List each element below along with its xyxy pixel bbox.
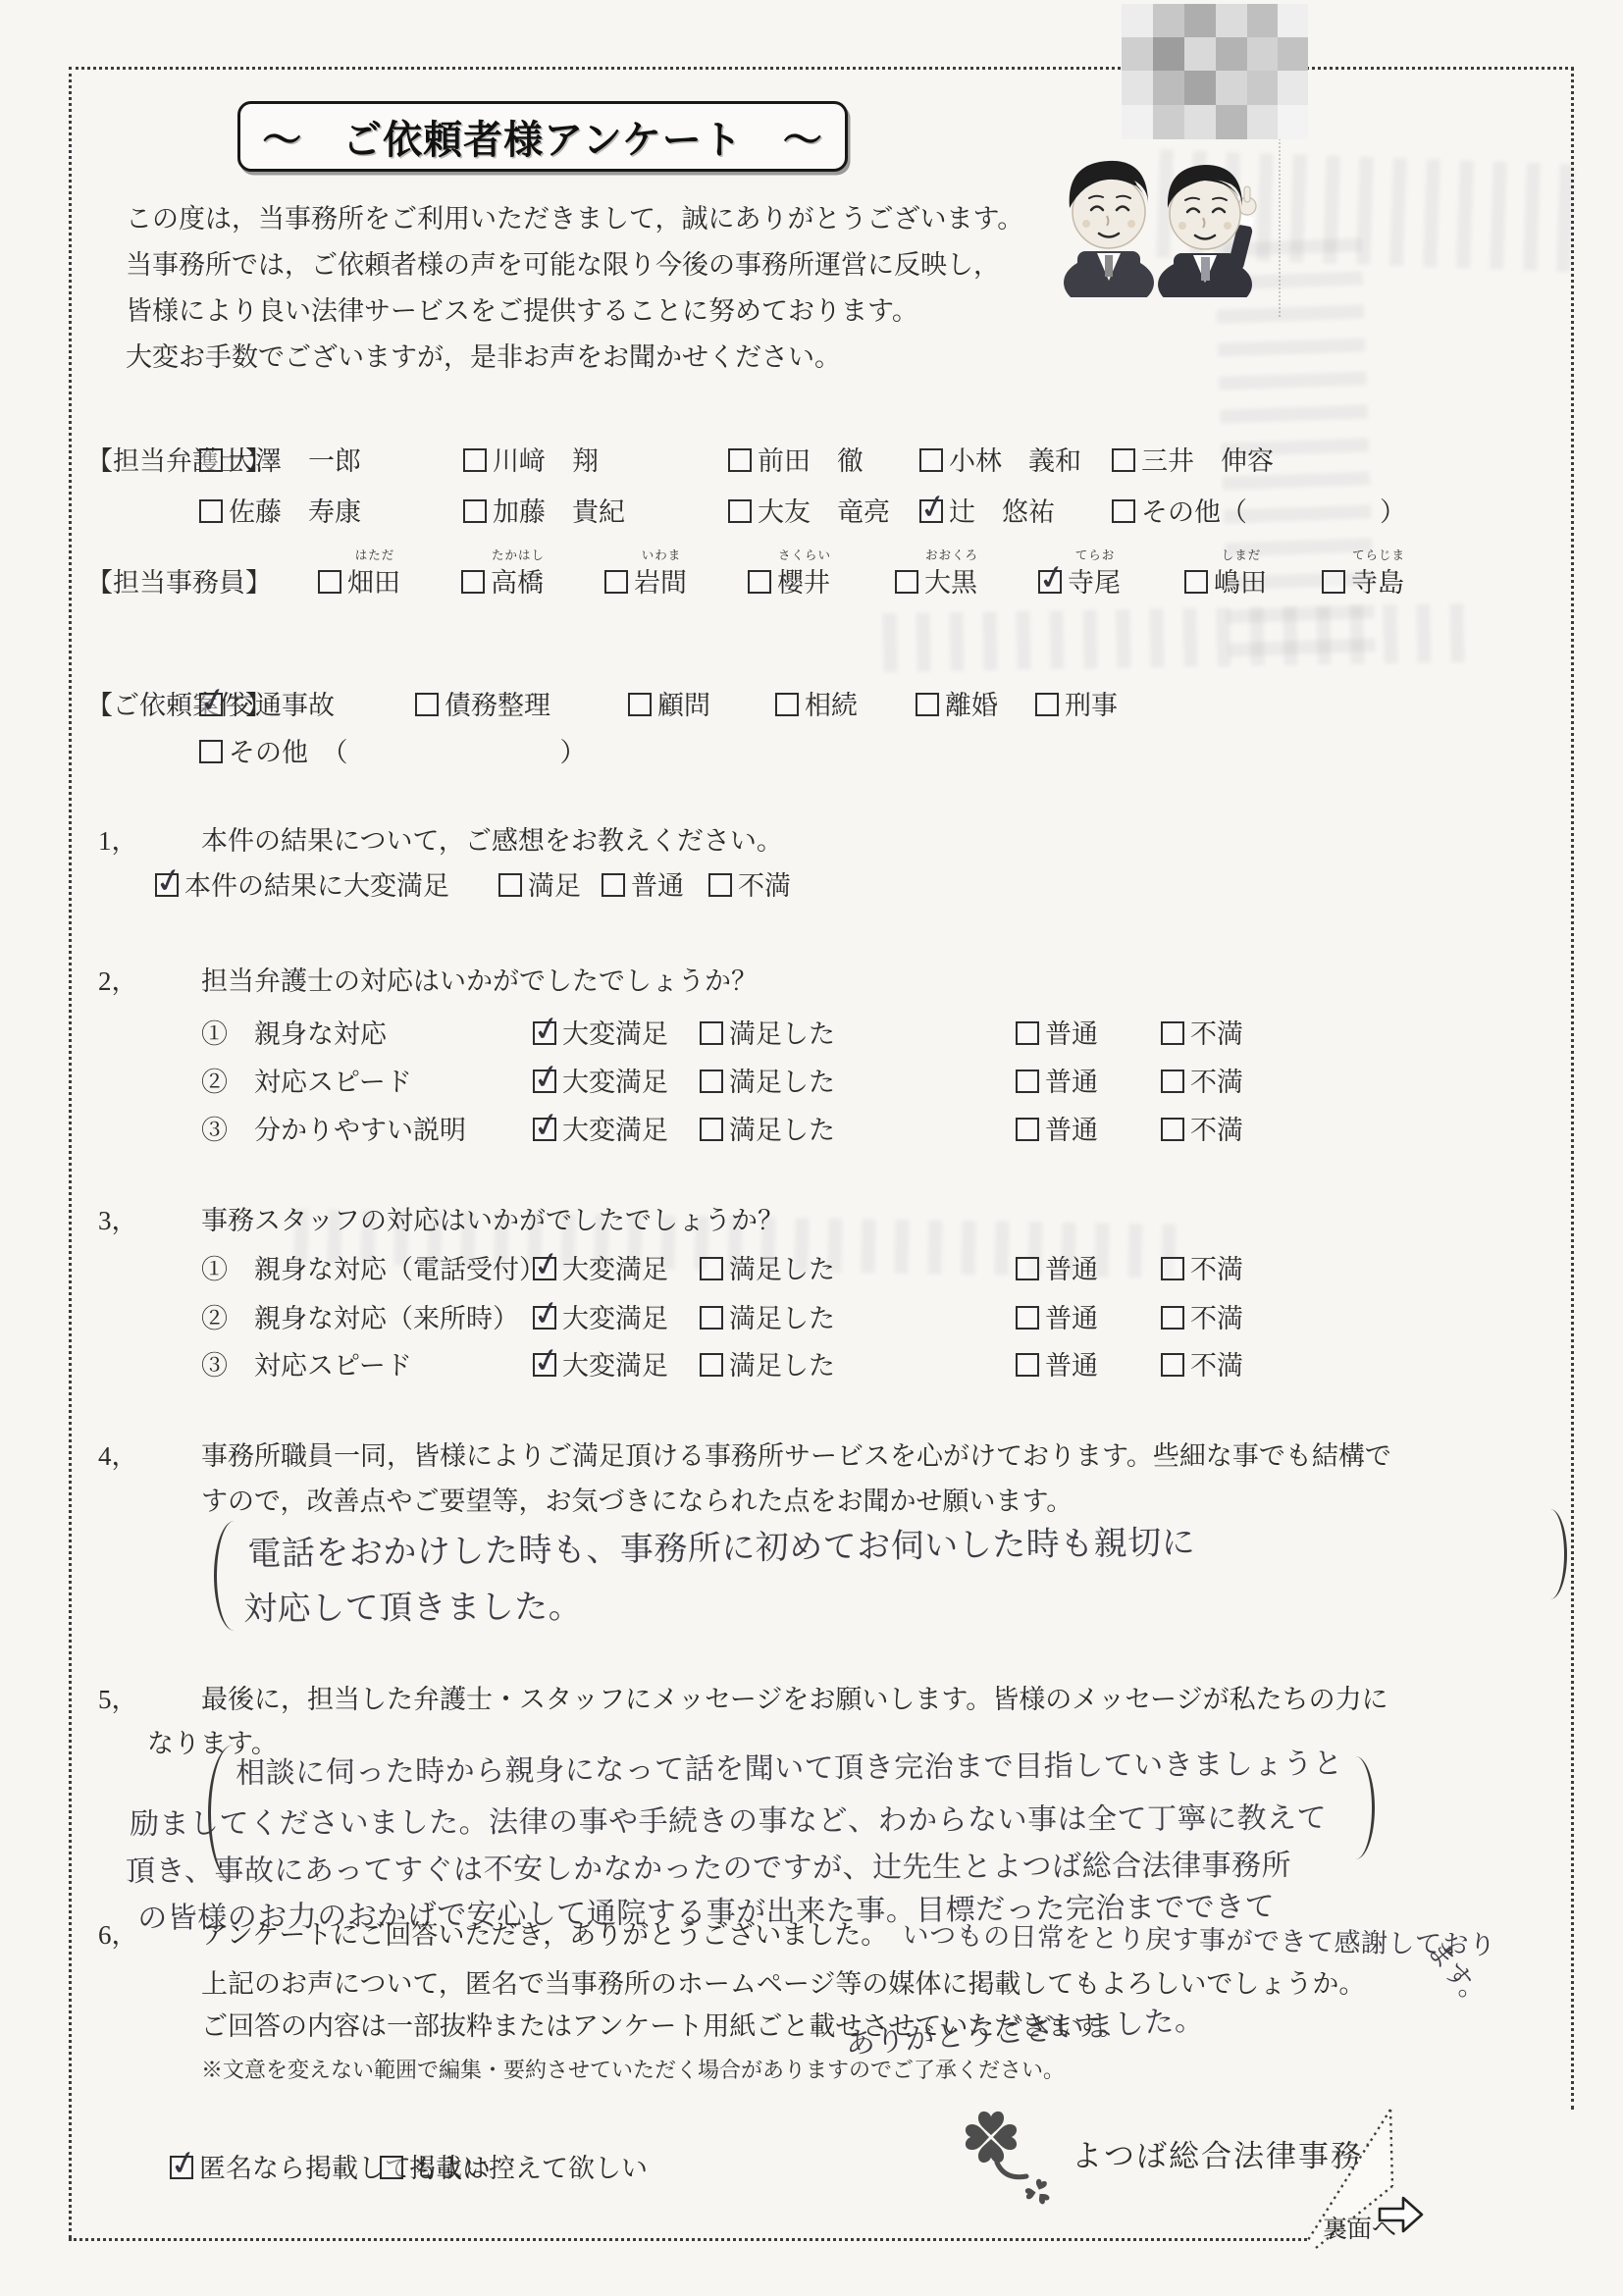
rating-label: 大変満足 — [562, 1019, 668, 1049]
question-text: 本件の結果について，ご感想をお教えください。 — [201, 819, 783, 858]
q3-row3-options: 大変満足満足した普通不満 — [533, 1344, 1416, 1389]
rating-row-label: ③ 分かりやすい説明 — [201, 1109, 466, 1147]
staff-name: 櫻井 — [777, 568, 830, 598]
checkbox[interactable] — [1161, 1021, 1184, 1045]
rating-option: 普通 — [1016, 1248, 1098, 1286]
rating-option: 普通 — [1016, 1061, 1098, 1099]
rating-option: 満足 — [498, 864, 581, 903]
staff-section-label: 【担当事務員】 — [86, 561, 272, 600]
intro-line: 当事務所では，ご依頼者様の声を可能な限り今後の事務所運営に反映し， — [126, 242, 1023, 288]
attorney-name: 佐藤 寿康 — [229, 497, 361, 527]
question-number: 3， — [98, 1199, 138, 1237]
question-3: 3， 事務スタッフの対応はいかがでしたでしょうか？ ① 親身な対応（電話受付） … — [0, 1199, 1623, 1395]
checkbox[interactable] — [415, 693, 439, 716]
bleed-through-line — [1279, 135, 1281, 317]
checkbox[interactable] — [700, 1306, 723, 1330]
q1-options: 本件の結果に大変満足 満足 普通 不満 — [155, 864, 1234, 910]
rating-label: 満足した — [729, 1304, 835, 1333]
attorney-name: 小林 義和 — [949, 446, 1081, 476]
question-text: すので，改善点やご要望等，お気づきになられた点をお聞かせ願います。 — [201, 1480, 1073, 1518]
attorney-row-1: 大澤 一郎 川﨑 翔 前田 徹 小林 義和 三井 伸容 — [199, 440, 1573, 485]
staff-option: てらじま寺島 — [1322, 561, 1404, 600]
rating-label: 本件の結果に大変満足 — [184, 871, 449, 901]
checkbox[interactable] — [1112, 499, 1135, 523]
rating-option: 不満 — [1161, 1248, 1243, 1286]
rating-option: 普通 — [1016, 1013, 1098, 1051]
question-5: 5， 最後に，担当した弁護士・スタッフにメッセージをお願いします。皆様のメッセー… — [0, 1678, 1623, 1953]
question-2: 2， 担当弁護士の対応はいかがでしたでしょうか？ ① 親身な対応 大変満足満足し… — [0, 960, 1623, 1156]
staff-name: 寺尾 — [1068, 568, 1121, 598]
rating-label: 不満 — [1190, 1351, 1243, 1381]
rating-option: 不満 — [708, 864, 791, 903]
attorney-name: その他（ ） — [1141, 497, 1406, 527]
attorney-name: 三井 伸容 — [1141, 446, 1274, 476]
handwritten-answer: 励ましてくださいました。法律の事や手続きの事など、わからない事は全て丁寧に教えて — [130, 1794, 1327, 1843]
checkbox[interactable] — [533, 1118, 556, 1141]
case-type-label: 相続 — [805, 691, 858, 720]
rating-row-label: ① 親身な対応（電話受付） — [201, 1248, 546, 1286]
form-border-bottom — [69, 2238, 1307, 2241]
form-title-box: ～ ご依頼者様アンケート ～ — [237, 101, 848, 172]
staff-row: はただ畑田 たかはし高橋 いわま岩間 さくらい櫻井 おおくろ大黒 てらお寺尾 し… — [318, 561, 1594, 606]
question-text: 事務所職員一同，皆様によりご満足頂ける事務所サービスを心がけております。些細な事… — [201, 1435, 1391, 1473]
rating-label: 普通 — [1045, 1304, 1098, 1333]
checkbox[interactable] — [604, 570, 628, 594]
q2-row2-options: 大変満足満足した普通不満 — [533, 1061, 1416, 1106]
rating-option: 満足した — [700, 1109, 835, 1147]
checkbox[interactable] — [533, 1257, 556, 1280]
checkbox[interactable] — [1161, 1070, 1184, 1093]
case-type-option: 交通事故 — [199, 684, 335, 722]
checkbox[interactable] — [199, 740, 223, 763]
handwritten-answer: 電話をおかけした時も、事務所に初めてお伺いした時も親切に — [247, 1515, 1196, 1575]
checkbox[interactable] — [700, 1118, 723, 1141]
checkbox[interactable] — [1161, 1257, 1184, 1280]
staff-furigana: てらじま — [1351, 546, 1406, 563]
attorney-option: 加藤 貴紀 — [463, 491, 625, 529]
rating-label: 満足した — [729, 1351, 835, 1381]
checkbox[interactable] — [533, 1021, 556, 1045]
question-number: 6， — [98, 1913, 138, 1952]
rating-option: 大変満足 — [533, 1061, 668, 1099]
case-type-option: その他 （ ） — [199, 731, 587, 769]
case-type-label: 債務整理 — [445, 691, 550, 720]
answer-close-paren — [1346, 1756, 1375, 1859]
staff-option: てらお寺尾 — [1038, 561, 1121, 600]
checkbox[interactable] — [775, 693, 799, 716]
rating-label: 満足した — [729, 1019, 835, 1049]
rating-label: 普通 — [1045, 1255, 1098, 1284]
case-type-label: 交通事故 — [229, 691, 335, 720]
staff-name: 嶋田 — [1214, 568, 1267, 598]
rating-label: 満足した — [729, 1255, 835, 1284]
checkbox[interactable] — [533, 1353, 556, 1377]
answer-open-paren — [214, 1521, 242, 1631]
case-type-label: 刑事 — [1065, 691, 1118, 720]
rating-row-label: ③ 対応スピード — [201, 1344, 412, 1383]
attorney-option: 大友 竜亮 — [728, 491, 890, 529]
checkbox[interactable] — [919, 448, 943, 472]
rating-option: 不満 — [1161, 1297, 1243, 1335]
checkbox[interactable] — [1112, 448, 1135, 472]
rating-option: 大変満足 — [533, 1344, 668, 1383]
attorney-row-2: 佐藤 寿康 加藤 貴紀 大友 竜亮 辻 悠祐 その他（ ） — [199, 491, 1573, 536]
rating-label: 普通 — [1045, 1116, 1098, 1145]
handwritten-answer: 相談に伺った時から親身になって話を聞いて頂き完治まで目指していきましょうと — [236, 1739, 1343, 1792]
question-note: ※文意を変えない範囲で編集・要約させていただく場合がありますのでご了承ください。 — [201, 2054, 1065, 2084]
rating-label: 普通 — [1045, 1068, 1098, 1097]
rating-label: 不満 — [1190, 1019, 1243, 1049]
case-type-option: 刑事 — [1035, 684, 1118, 722]
checkbox[interactable] — [533, 1306, 556, 1330]
rating-option: 普通 — [1016, 1109, 1098, 1147]
checkbox[interactable] — [628, 693, 652, 716]
case-type-option: 相続 — [775, 684, 858, 722]
consent-row: 匿名なら掲載してもよい 掲載は控えて欲しい — [170, 2147, 857, 2192]
attorney-name: 大友 竜亮 — [758, 497, 890, 527]
rating-label: 普通 — [1045, 1351, 1098, 1381]
checkbox[interactable] — [602, 873, 625, 897]
question-6: 6， アンケートにご回答いただき，ありがとうございました。 いつもの日常をとり戻… — [0, 1913, 1623, 2090]
checkbox[interactable] — [1161, 1118, 1184, 1141]
staff-furigana: さくらい — [777, 546, 832, 563]
staff-name: 大黒 — [924, 568, 977, 598]
checkbox[interactable] — [700, 1070, 723, 1093]
rating-option: 普通 — [1016, 1297, 1098, 1335]
checkbox[interactable] — [728, 499, 752, 523]
rating-label: 満足した — [729, 1116, 835, 1145]
attorney-name: 前田 徹 — [758, 446, 864, 476]
rating-option: 大変満足 — [533, 1013, 668, 1051]
handwritten-answer-overflow: いつもの日常をとり戻す事ができて感謝しており — [902, 1913, 1496, 1962]
rating-option: 大変満足 — [533, 1248, 668, 1286]
rating-label: 不満 — [1190, 1068, 1243, 1097]
case-type-row-2: その他 （ ） — [199, 731, 984, 776]
checkbox[interactable] — [199, 499, 223, 523]
checkbox[interactable] — [199, 448, 223, 472]
rating-label: 普通 — [1045, 1019, 1098, 1049]
staff-furigana: たかはし — [491, 546, 546, 563]
question-text: 事務スタッフの対応はいかがでしたでしょうか？ — [201, 1199, 784, 1237]
rating-option: 満足した — [700, 1013, 835, 1051]
staff-furigana: いわま — [634, 546, 689, 563]
staff-option: いわま岩間 — [604, 561, 687, 600]
rating-row-label: ② 対応スピード — [201, 1061, 412, 1099]
q3-row2-options: 大変満足満足した普通不満 — [533, 1297, 1416, 1342]
checkbox[interactable] — [463, 499, 487, 523]
case-type-option: 債務整理 — [415, 684, 550, 722]
checkbox[interactable] — [708, 873, 732, 897]
rating-option: 普通 — [1016, 1344, 1098, 1383]
staff-name: 畑田 — [347, 568, 400, 598]
staff-option: しまだ嶋田 — [1184, 561, 1267, 600]
checkbox[interactable] — [700, 1353, 723, 1377]
checkbox[interactable] — [728, 448, 752, 472]
rating-label: 不満 — [1190, 1255, 1243, 1284]
consent-option: 掲載は控えて欲しい — [380, 2147, 648, 2185]
consent-label: 掲載は控えて欲しい — [409, 2154, 648, 2183]
checkbox[interactable] — [1161, 1353, 1184, 1377]
rating-label: 大変満足 — [562, 1255, 668, 1284]
two-lawyers-illustration — [1038, 106, 1279, 302]
question-number: 4， — [98, 1435, 138, 1473]
checkbox[interactable] — [1161, 1306, 1184, 1330]
checkbox[interactable] — [1184, 570, 1208, 594]
rating-option: 不満 — [1161, 1344, 1243, 1383]
answer-close-paren — [1539, 1509, 1567, 1599]
attorney-name: 加藤 貴紀 — [493, 497, 625, 527]
checkbox[interactable] — [1016, 1070, 1039, 1093]
staff-option: はただ畑田 — [318, 561, 400, 600]
rating-option: 大変満足 — [533, 1109, 668, 1147]
checkbox[interactable] — [155, 873, 179, 897]
case-type-label: その他 （ ） — [229, 738, 587, 767]
question-number: 5， — [98, 1678, 138, 1716]
bleed-through-smudge — [883, 603, 1473, 672]
rating-label: 大変満足 — [562, 1304, 668, 1333]
rating-label: 満足 — [528, 871, 581, 901]
staff-option: たかはし高橋 — [461, 561, 544, 600]
attorney-option: 大澤 一郎 — [199, 440, 361, 478]
intro-paragraph: この度は，当事務所をご利用いただきまして，誠にありがとうございます。 当事務所で… — [126, 196, 1023, 381]
attorney-name: 川﨑 翔 — [493, 446, 599, 476]
attorney-name: 大澤 一郎 — [229, 446, 361, 476]
staff-name: 高橋 — [491, 568, 544, 598]
rating-option: 満足した — [700, 1344, 835, 1383]
checkbox[interactable] — [1038, 570, 1062, 594]
checkbox[interactable] — [700, 1021, 723, 1045]
rating-row-label: ① 親身な対応 — [201, 1013, 387, 1051]
rating-label: 不満 — [738, 871, 791, 901]
checkbox[interactable] — [1016, 1306, 1039, 1330]
attorney-option: 三井 伸容 — [1112, 440, 1274, 478]
checkbox[interactable] — [498, 873, 522, 897]
rating-label: 大変満足 — [562, 1116, 668, 1145]
question-number: 2， — [98, 960, 138, 998]
attorney-option: 川﨑 翔 — [463, 440, 599, 478]
checkbox[interactable] — [318, 570, 341, 594]
rating-option: 満足した — [700, 1297, 835, 1335]
staff-name: 寺島 — [1351, 568, 1404, 598]
rating-label: 不満 — [1190, 1116, 1243, 1145]
attorney-option: 小林 義和 — [919, 440, 1081, 478]
question-text: 最後に，担当した弁護士・スタッフにメッセージをお願いします。皆様のメッセージが私… — [201, 1678, 1388, 1716]
checkbox[interactable] — [533, 1070, 556, 1093]
checkbox[interactable] — [380, 2156, 403, 2179]
intro-line: 皆様により良い法律サービスをご提供することに努めております。 — [126, 288, 1023, 335]
attorney-option: 佐藤 寿康 — [199, 491, 361, 529]
back-page-arrow-icon — [1378, 2194, 1425, 2240]
rating-label: 大変満足 — [562, 1351, 668, 1381]
checkbox[interactable] — [461, 570, 485, 594]
rating-option: 大変満足 — [533, 1297, 668, 1335]
question-text: 担当弁護士の対応はいかがでしたでしょうか？ — [201, 960, 758, 998]
checkbox[interactable] — [463, 448, 487, 472]
rating-label: 満足した — [729, 1068, 835, 1097]
checkbox[interactable] — [895, 570, 918, 594]
intro-line: 大変お手数でございますが，是非お声をお聞かせください。 — [126, 335, 1023, 381]
checkbox[interactable] — [1035, 693, 1059, 716]
checkbox[interactable] — [1016, 1353, 1039, 1377]
intro-line: この度は，当事務所をご利用いただきまして，誠にありがとうございます。 — [126, 196, 1023, 242]
attorney-option: 前田 徹 — [728, 440, 864, 478]
case-type-label: 離婚 — [945, 691, 998, 720]
staff-furigana: おおくろ — [924, 546, 979, 563]
handwritten-answer: 対応して頂きました。 — [243, 1580, 582, 1630]
case-type-label: 顧問 — [657, 691, 710, 720]
handwritten-answer: 頂き、事故にあってすぐは不安しかなかったのですが、辻先生とよつば総合法律事務所 — [126, 1841, 1291, 1890]
q3-row1-options: 大変満足満足した普通不満 — [533, 1248, 1416, 1293]
staff-option: さくらい櫻井 — [748, 561, 830, 600]
question-4: 4， 事務所職員一同，皆様によりご満足頂ける事務所サービスを心がけております。些… — [0, 1435, 1623, 1650]
rating-option: 満足した — [700, 1248, 835, 1286]
case-type-row-1: 交通事故 債務整理 顧問 相続 離婚 刑事 — [199, 684, 1573, 729]
rating-row-label: ② 親身な対応（来所時） — [201, 1297, 519, 1335]
checkbox[interactable] — [1016, 1021, 1039, 1045]
form-title: ～ ご依頼者様アンケート ～ — [262, 109, 823, 165]
staff-furigana: はただ — [347, 546, 402, 563]
checkbox[interactable] — [919, 499, 943, 523]
staff-option: おおくろ大黒 — [895, 561, 977, 600]
attorney-option: その他（ ） — [1112, 491, 1406, 529]
rating-option: 満足した — [700, 1061, 835, 1099]
checkbox[interactable] — [1016, 1118, 1039, 1141]
checkbox[interactable] — [916, 693, 939, 716]
checkbox[interactable] — [1016, 1257, 1039, 1280]
rating-label: 大変満足 — [562, 1068, 668, 1097]
rating-option: 普通 — [602, 864, 684, 903]
checkbox[interactable] — [199, 693, 223, 716]
staff-name: 岩間 — [634, 568, 687, 598]
question-1: 1， 本件の結果について，ご感想をお教えください。 本件の結果に大変満足 満足 … — [0, 819, 1623, 927]
question-number: 1， — [98, 819, 138, 858]
q2-row3-options: 大変満足満足した普通不満 — [533, 1109, 1416, 1154]
attorney-option: 辻 悠祐 — [919, 491, 1055, 529]
rating-option: 本件の結果に大変満足 — [155, 864, 449, 903]
case-type-option: 離婚 — [916, 684, 998, 722]
rating-label: 普通 — [631, 871, 684, 901]
q2-row1-options: 大変満足満足した普通不満 — [533, 1013, 1416, 1058]
case-type-option: 顧問 — [628, 684, 710, 722]
rating-option: 不満 — [1161, 1061, 1243, 1099]
attorney-name: 辻 悠祐 — [949, 497, 1055, 527]
staff-furigana: てらお — [1068, 546, 1123, 563]
form-border-top — [69, 67, 1574, 70]
checkbox[interactable] — [170, 2156, 193, 2179]
rating-option: 不満 — [1161, 1013, 1243, 1051]
rating-label: 不満 — [1190, 1304, 1243, 1333]
checkbox[interactable] — [1322, 570, 1345, 594]
rating-option: 不満 — [1161, 1109, 1243, 1147]
question-text: アンケートにご回答いただき，ありがとうございました。 — [201, 1913, 887, 1952]
checkbox[interactable] — [700, 1257, 723, 1280]
clover-logo-icon — [954, 2102, 1072, 2224]
checkbox[interactable] — [748, 570, 771, 594]
staff-furigana: しまだ — [1214, 546, 1269, 563]
